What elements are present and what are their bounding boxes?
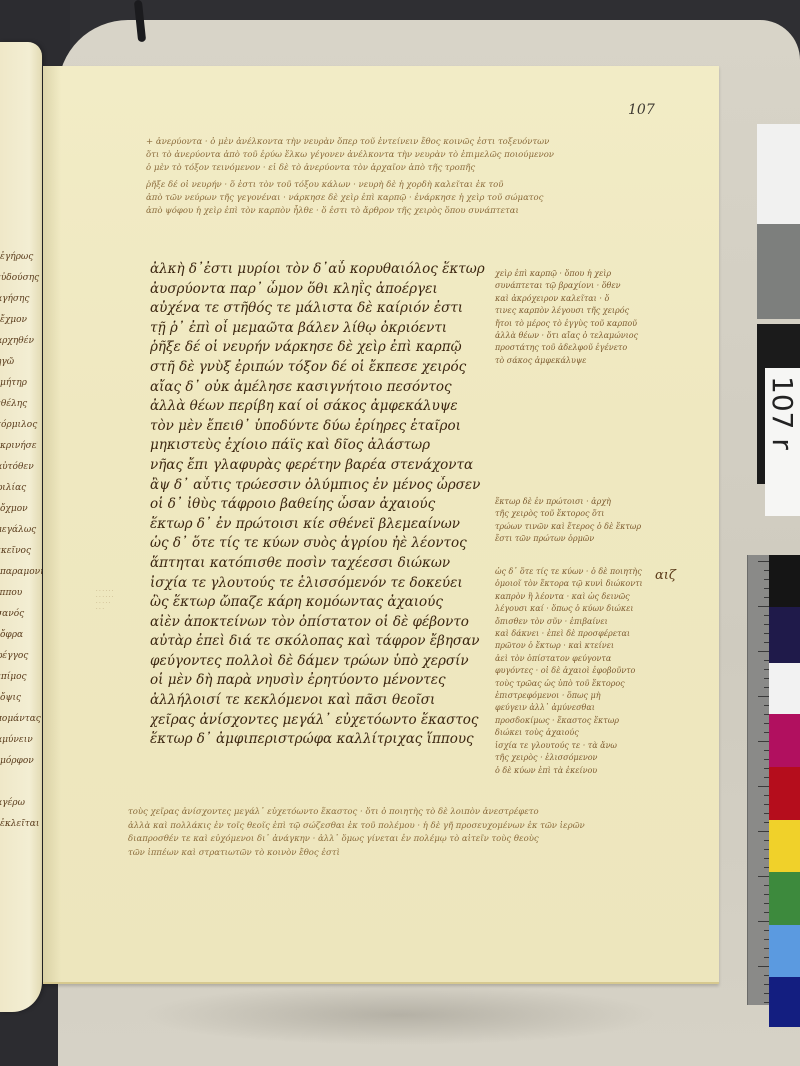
scholia-line: τινες καρπὸν λέγουσι τῆς χειρός xyxy=(495,305,638,317)
verse-line: ἅπτηται κατόπισθε ποσὶν ταχέεσσι διώκων xyxy=(150,554,510,574)
left-page-line: μήτηρ xyxy=(0,378,27,388)
left-page-line: ἡγῶ xyxy=(0,357,14,367)
right-scholia-block-1: χεὶρ ἐπὶ καρπῷ · ὅπου ἡ χεὶρσυνάπτεται τ… xyxy=(495,268,638,367)
verse-text: τὸν μὲν ἔπειθ᾽ ὑποδύντε δύω ἐρίηρες ἑταῖ… xyxy=(150,418,461,434)
scholia-line: καπρὸν ἢ λέοντα · καὶ ὡς δεινῶς xyxy=(495,591,643,603)
left-page-line: σανός xyxy=(0,609,24,619)
scholia-line: ἤτοι τὸ μέρος τὸ ἐγγὺς τοῦ καρποῦ xyxy=(495,318,638,330)
scholia-line: ὄπισθεν τὸν σῦν · ἐπιβαίνει xyxy=(495,616,643,628)
verse-line: ἀλκὴ δ᾽ἐστι μυρίοι τὸν δ᾽αὖ κορυθαιόλος … xyxy=(150,260,510,280)
verse-text: αὐτὰρ ἐπεὶ διά τε σκόλοπας καὶ τάφρον ἔβ… xyxy=(150,633,479,649)
scholia-line: συνάπτεται τῷ βραχίονι · ὅθεν xyxy=(495,280,638,292)
verse-text: αἴας δ᾽ οὐκ ἀμέλησε κασιγνήτοιο πεσόντος xyxy=(150,379,452,395)
verse-line: >ἰσχία τε γλουτούς τε ἑλισσόμενόν τε δοκ… xyxy=(150,574,510,594)
scholia-line: ἀπὸ ψόφου ἡ χεὶρ ἐπὶ τὸν καρπὸν ἦλθε · ὅ… xyxy=(146,205,658,218)
verse-text: μηκιστεὺς ἐχίοιο πάϊς καὶ δῖος ἀλάστωρ xyxy=(150,437,430,453)
folio-label-text: 107 r xyxy=(766,376,799,450)
verse-text: ἀυσρύοντα παρ᾽ ὦμον ὅθι κληῒς ἀποέργει xyxy=(150,281,438,297)
verse-text: ῥῆξε δέ οἱ νευρήν νάρκησε δὲ χεὶρ ἐπὶ κα… xyxy=(150,339,462,355)
scholia-line: + ἀνερύοντα · ὁ μὲν ἀνέλκοντα τὴν νευρὰν… xyxy=(146,136,658,149)
color-swatch xyxy=(769,872,800,925)
color-swatch xyxy=(769,555,800,607)
left-page-line: ἐθέλης xyxy=(0,399,27,409)
verse-text: τῇ ῥ᾽ ἐπὶ οἷ μεμαῶτα βάλεν λίθῳ ὀκριόεντ… xyxy=(150,320,447,336)
left-page-line: ἀγέρω xyxy=(0,798,25,808)
verse-line: >ῥῆξε δέ οἱ νευρήν νάρκησε δὲ χεὶρ ἐπὶ κ… xyxy=(150,338,510,358)
scholia-line: ὅτι τὸ ἀνερύοντα ἀπὸ τοῦ ἐρύω ἕλκω γέγον… xyxy=(146,149,658,162)
scholia-line: ἀεὶ τὸν ὀπίστατον φεύγοντα xyxy=(495,653,643,665)
scholia-line: ἰσχία τε γλουτούς τε · τὰ ἄνω xyxy=(495,740,643,752)
left-page-line: ἐκεῖνος xyxy=(0,546,31,556)
verse-text: ἅπτηται κατόπισθε ποσὶν ταχέεσσι διώκων xyxy=(150,555,450,571)
verse-line: μηκιστεὺς ἐχίοιο πάϊς καὶ δῖος ἀλάστωρ xyxy=(150,436,510,456)
color-swatch xyxy=(769,820,800,872)
verse-text: ἂψ δ᾽ αὖτις τρώεσσιν ὀλύμπιος ἐν μένος ὦ… xyxy=(150,477,480,493)
left-page-line: αὐτόθεν xyxy=(0,462,34,472)
verse-line: οἱ δ᾽ ἰθὺς τάφροιο βαθείης ὦσαν ἀχαιούς xyxy=(150,495,510,515)
verse-line: >ἀυσρύοντα παρ᾽ ὦμον ὅθι κληῒς ἀποέργει xyxy=(150,280,510,300)
left-margin-faint-note: · · · · · ·· · · · · ·· · · · ·· · · xyxy=(96,588,113,612)
left-page-line: ὄφρα xyxy=(0,630,23,640)
verse-line: τῇ ῥ᾽ ἐπὶ οἷ μεμαῶτα βάλεν λίθῳ ὀκριόεντ… xyxy=(150,319,510,339)
scholia-line: ῥῆξε δέ οἱ νευρήν · ὅ ἐστι τὸν τοῦ τόξου… xyxy=(146,179,658,192)
scholia-line: ἀπὸ τῶν νεύρων τῆς γεγονέναι · νάρκησε δ… xyxy=(146,192,658,205)
left-page-line: μόρφον xyxy=(0,756,34,766)
verse-line: αὐχένα τε στῆθός τε μάλιστα δὲ καίριόν ἐ… xyxy=(150,299,510,319)
verse-text: χεῖρας ἀνίσχοντες μεγάλ᾽ εὐχετόωντο ἕκασ… xyxy=(150,712,479,728)
verse-text: στῆ δὲ γνὺξ ἐριπών τόξον δέ οἱ ἔκπεσε χε… xyxy=(150,359,466,375)
left-page-line: πομάντας xyxy=(0,714,41,724)
verse-text: οἱ μὲν δὴ παρὰ νηυσὶν ἐρητύοντο μένοντες xyxy=(150,672,446,688)
grey-patch xyxy=(757,224,800,319)
verse-line: ἂψ δ᾽ αὖτις τρώεσσιν ὀλύμπιος ἐν μένος ὦ… xyxy=(150,476,510,496)
scholia-line: προσδοκίμως · ἕκαστος ἕκτωρ xyxy=(495,715,643,727)
verse-line: ὣς ἕκτωρ ὤπαζε κάρη κομόωντας ἀχαιούς xyxy=(150,593,510,613)
scholia-line: ἀλλὰ θέων · ὅτι αἴας ὁ τελαμώνιος xyxy=(495,330,638,342)
scholia-line: διαπροσθέν τε καὶ εὐχόμενοι δι᾽ ἀνάγκην … xyxy=(128,833,585,847)
marginal-sign: αιζ xyxy=(655,568,676,583)
scholia-line: ἔστι τῶν πρώτων ὁρμῶν xyxy=(495,533,641,545)
left-page-edge: ἐγήρωςεὐδούσηςἀγήσηςἔχμονἀρχηθένἡγῶμήτηρ… xyxy=(0,42,42,1012)
scholia-line: τοὺς τρῶας ὡς ὑπὸ τοῦ ἕκτορος xyxy=(495,678,643,690)
left-page-line: τόρμιλος xyxy=(0,420,37,430)
color-swatch xyxy=(769,767,800,820)
scholia-line: φεύγειν ἀλλ᾽ ἀμύνεσθαι xyxy=(495,702,643,714)
folio-label-card: 107 r xyxy=(765,368,800,516)
white-patch xyxy=(757,124,800,224)
left-page-line: εὐδούσης xyxy=(0,273,39,283)
cloth-shadow xyxy=(140,985,660,1045)
scholia-line: ἀλλὰ καὶ πολλάκις ἐν τοῖς θεοῖς ἐπὶ τῷ σ… xyxy=(128,820,585,834)
left-page-line: ἀμύνειν xyxy=(0,735,33,745)
right-scholia-block-3: ὡς δ᾽ ὅτε τίς τε κύων · ὁ δὲ ποιητὴςὁμοι… xyxy=(495,566,643,777)
folio-number: 107 xyxy=(628,102,655,118)
right-scholia-block-2: ἕκτωρ δὲ ἐν πρώτοισι · ἀρχὴτῆς χειρὸς το… xyxy=(495,496,641,546)
left-page-line: ἀρχηθέν xyxy=(0,336,34,346)
color-swatch xyxy=(769,607,800,663)
scholia-line: φυγόντες · οἱ δὲ ἀχαιοὶ ἐφοβοῦντο xyxy=(495,665,643,677)
color-swatch xyxy=(769,714,800,767)
scholia-line: ἕκτωρ δὲ ἐν πρώτοισι · ἀρχὴ xyxy=(495,496,641,508)
scholia-line: διώκει τοὺς ἀχαιούς xyxy=(495,727,643,739)
verse-text: νῆας ἔπι γλαφυρὰς φερέτην βαρέα στενάχον… xyxy=(150,457,473,473)
scholia-line: τὸ σάκος ἀμφεκάλυψε xyxy=(495,355,638,367)
scholia-line: λέγουσι καί · ὅπως ὁ κύων διώκει xyxy=(495,603,643,615)
scholia-line: τῆς χειρὸς · ἑλισσόμενον xyxy=(495,752,643,764)
scholia-line: καὶ δάκνει · ἐπεὶ δὲ προσφέρεται xyxy=(495,628,643,640)
scholia-line: τῶν ἱππέων καὶ στρατιωτῶν τὸ κοινὸν ἔθος… xyxy=(128,847,585,861)
top-scholia: + ἀνερύοντα · ὁ μὲν ἀνέλκοντα τὴν νευρὰν… xyxy=(146,136,658,218)
scholia-line: ὁ μὲν τὸ τόξον τεινόμενον · εἰ δὲ τὸ ἀνε… xyxy=(146,162,658,175)
verse-line: αὐτὰρ ἐπεὶ διά τε σκόλοπας καὶ τάφρον ἔβ… xyxy=(150,632,510,652)
left-page-line: φέγγος xyxy=(0,651,28,661)
verse-text: ὣς ἕκτωρ ὤπαζε κάρη κομόωντας ἀχαιούς xyxy=(150,594,443,610)
left-page-line: ὄχμον xyxy=(0,504,28,514)
verse-line: αἴας δ᾽ οὐκ ἀμέλησε κασιγνήτοιο πεσόντος xyxy=(150,378,510,398)
color-swatch xyxy=(769,977,800,1027)
verse-text: ἕκτωρ δ᾽ ἀμφιπεριστρώφα καλλίτριχας ἵππο… xyxy=(150,731,474,747)
scholia-line: ἐπιστρεφόμενοι · ὅπως μὴ xyxy=(495,690,643,702)
verse-line: στῆ δὲ γνὺξ ἐριπών τόξον δέ οἱ ἔκπεσε χε… xyxy=(150,358,510,378)
scholia-line: προστάτης τοῦ ἀδελφοῦ ἐγένετο xyxy=(495,342,638,354)
main-text-column: ἀλκὴ δ᾽ἐστι μυρίοι τὸν δ᾽αὖ κορυθαιόλος … xyxy=(150,260,510,750)
left-page-line: παραμονῆς xyxy=(0,567,42,577)
verse-text: ἰσχία τε γλουτούς τε ἑλισσόμενόν τε δοκε… xyxy=(150,575,463,591)
scholia-line: χεὶρ ἐπὶ καρπῷ · ὅπου ἡ χεὶρ xyxy=(495,268,638,280)
scholia-line: τῆς χειρὸς τοῦ ἕκτορος ὅτι xyxy=(495,508,641,520)
bottom-scholia: τοὺς χεῖρας ἀνίσχοντες μεγάλ᾽ εὐχετόωντο… xyxy=(128,806,585,860)
scholia-line: πρῶτον ὁ ἕκτωρ · καὶ κτείνει xyxy=(495,640,643,652)
left-page-line: κρινήσε xyxy=(0,441,37,451)
verse-line: νῆας ἔπι γλαφυρὰς φερέτην βαρέα στενάχον… xyxy=(150,456,510,476)
left-page-line: ἐκλεῖται xyxy=(0,819,39,829)
scholia-line: τοὺς χεῖρας ἀνίσχοντες μεγάλ᾽ εὐχετόωντο… xyxy=(128,806,585,820)
verse-text: ἀλλήλοισί τε κεκλόμενοι καὶ πᾶσι θεοῖσι xyxy=(150,692,435,708)
scholia-line: καὶ ἀκρόχειρον καλεῖται · ὅ xyxy=(495,293,638,305)
verse-line: φεύγοντες πολλοὶ δὲ δάμεν τρώων ὑπὸ χερσ… xyxy=(150,652,510,672)
verse-line: ἕκτωρ δ᾽ ἀμφιπεριστρώφα καλλίτριχας ἵππο… xyxy=(150,730,510,750)
left-page-line: ἐπίμος xyxy=(0,672,27,682)
left-page-line: ἀγήσης xyxy=(0,294,29,304)
left-page-line: ἔχμον xyxy=(0,315,27,325)
color-swatch xyxy=(769,925,800,977)
verse-text: αἰὲν ἀποκτείνων τὸν ὀπίστατον οἱ δὲ φέβο… xyxy=(150,614,469,630)
measuring-ruler xyxy=(747,555,770,1005)
left-page-line: μεγάλως xyxy=(0,525,36,535)
verse-line: ἕκτωρ δ᾽ ἐν πρώτοισι κίε σθένεϊ βλεμεαίν… xyxy=(150,515,510,535)
verse-line: >ἀλλὰ θέων περίβη καί οἱ σάκος ἀμφεκάλυψ… xyxy=(150,397,510,417)
scholia-line: ὡς δ᾽ ὅτε τίς τε κύων · ὁ δὲ ποιητὴς xyxy=(495,566,643,578)
verse-text: αὐχένα τε στῆθός τε μάλιστα δὲ καίριόν ἐ… xyxy=(150,300,463,316)
verse-line: αἰὲν ἀποκτείνων τὸν ὀπίστατον οἱ δὲ φέβο… xyxy=(150,613,510,633)
left-page-line: ἐγήρως xyxy=(0,252,33,262)
verse-text: φεύγοντες πολλοὶ δὲ δάμεν τρώων ὑπὸ χερσ… xyxy=(150,653,469,669)
verse-line: οἱ μὲν δὴ παρὰ νηυσὶν ἐρητύοντο μένοντες xyxy=(150,671,510,691)
verse-line: χεῖρας ἀνίσχοντες μεγάλ᾽ εὐχετόωντο ἕκασ… xyxy=(150,711,510,731)
verse-text: ἀλλὰ θέων περίβη καί οἱ σάκος ἀμφεκάλυψε xyxy=(150,398,458,414)
verse-text: ἀλκὴ δ᾽ἐστι μυρίοι τὸν δ᾽αὖ κορυθαιόλος … xyxy=(150,261,485,277)
scholia-line: ὁμοιοῖ τὸν ἕκτορα τῷ κυνὶ διώκοντι xyxy=(495,578,643,590)
scholia-line: ὁ δὲ κύων ἐπὶ τὰ ἐκείνου xyxy=(495,765,643,777)
verse-line: τὸν μὲν ἔπειθ᾽ ὑποδύντε δύω ἐρίηρες ἑταῖ… xyxy=(150,417,510,437)
verse-line: ὡς δ᾽ ὅτε τίς τε κύων συὸς ἀγρίου ἠὲ λέο… xyxy=(150,534,510,554)
page-gutter-shadow xyxy=(43,66,61,982)
left-page-line: ἵππου xyxy=(0,588,22,598)
scholia-line: τρώων τινῶν καὶ ἕτερος ὁ δὲ ἕκτωρ xyxy=(495,521,641,533)
verse-line: ἀλλήλοισί τε κεκλόμενοι καὶ πᾶσι θεοῖσι xyxy=(150,691,510,711)
verse-text: οἱ δ᾽ ἰθὺς τάφροιο βαθείης ὦσαν ἀχαιούς xyxy=(150,496,435,512)
left-page-line: φιλίας xyxy=(0,483,26,493)
left-page-line: ὄψις xyxy=(0,693,21,703)
verse-text: ἕκτωρ δ᾽ ἐν πρώτοισι κίε σθένεϊ βλεμεαίν… xyxy=(150,516,460,532)
verse-text: ὡς δ᾽ ὅτε τίς τε κύων συὸς ἀγρίου ἠὲ λέο… xyxy=(150,535,467,551)
color-swatch xyxy=(769,663,800,714)
